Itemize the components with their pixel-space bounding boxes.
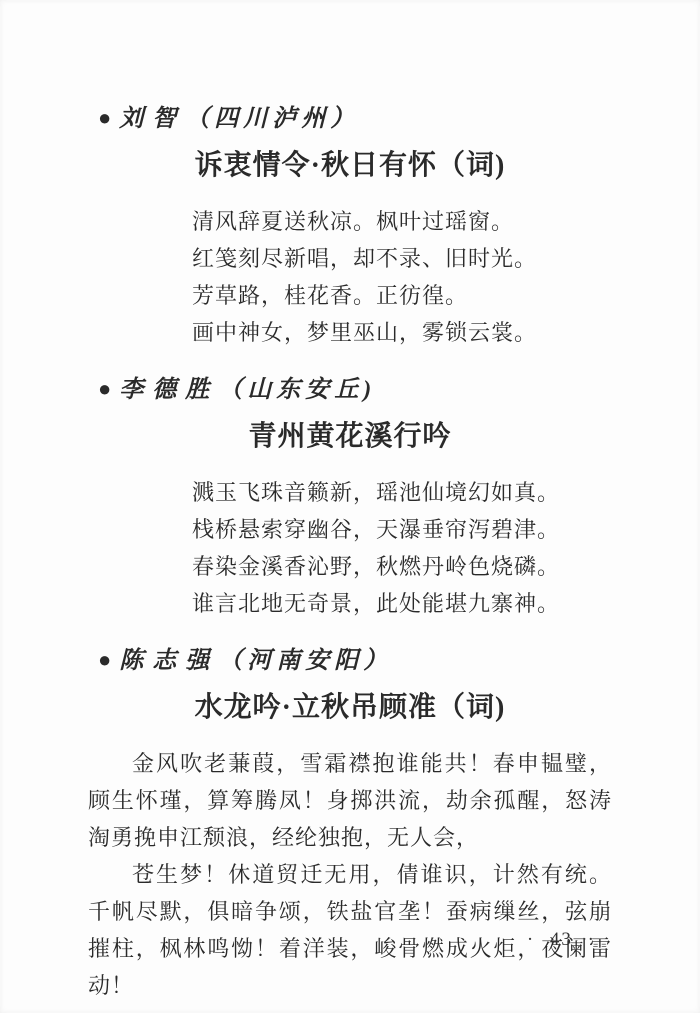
author-location: （山东安丘) [218, 377, 376, 403]
poem-title: 诉衷情令·秋日有怀（词) [88, 147, 612, 185]
verse-line: 画中神女，梦里巫山，雾锁云裳。 [192, 314, 612, 351]
author-line: ●陈志强（河南安阳） [98, 644, 612, 677]
author-name: 李德胜 [119, 377, 218, 403]
author-line: ●刘智（四川泸州） [98, 102, 612, 135]
poem-body: 清风辞夏送秋凉。枫叶过瑶窗。 红笺刻尽新唱，却不录、旧时光。 芳草路，桂花香。正… [192, 203, 612, 351]
poem-body: 溅玉飞珠音籁新，瑶池仙境幻如真。 栈桥悬索穿幽谷，天瀑垂帘泻碧津。 春染金溪香沁… [192, 474, 612, 622]
poem-section-1: ●刘智（四川泸州） 诉衷情令·秋日有怀（词) 清风辞夏送秋凉。枫叶过瑶窗。 红笺… [88, 102, 612, 351]
poem-body: 金风吹老蒹葭，雪霜襟抱谁能共！春申韫璧，顾生怀瑾，算筹腾凤！身掷洪流，劫余孤醒，… [88, 745, 612, 1004]
prose-paragraph: 金风吹老蒹葭，雪霜襟抱谁能共！春申韫璧，顾生怀瑾，算筹腾凤！身掷洪流，劫余孤醒，… [88, 745, 612, 856]
author-name: 刘智 [119, 106, 185, 132]
book-page: ●刘智（四川泸州） 诉衷情令·秋日有怀（词) 清风辞夏送秋凉。枫叶过瑶窗。 红笺… [0, 0, 700, 1013]
verse-line: 芳草路，桂花香。正彷徨。 [192, 277, 612, 314]
verse-line: 清风辞夏送秋凉。枫叶过瑶窗。 [192, 203, 612, 240]
author-location: （四川泸州） [185, 106, 359, 132]
poem-title: 水龙吟·立秋吊顾准（词) [88, 689, 612, 727]
author-line: ●李德胜（山东安丘) [98, 373, 612, 406]
author-name: 陈志强 [119, 648, 218, 674]
bullet-icon: ● [98, 376, 111, 401]
verse-line: 红笺刻尽新唱，却不录、旧时光。 [192, 240, 612, 277]
verse-line: 栈桥悬索穿幽谷，天瀑垂帘泻碧津。 [192, 511, 612, 548]
poem-section-2: ●李德胜（山东安丘) 青州黄花溪行吟 溅玉飞珠音籁新，瑶池仙境幻如真。 栈桥悬索… [88, 373, 612, 622]
bullet-icon: ● [98, 647, 111, 672]
verse-line: 溅玉飞珠音籁新，瑶池仙境幻如真。 [192, 474, 612, 511]
verse-line: 谁言北地无奇景，此处能堪九寨神。 [192, 585, 612, 622]
author-location: （河南安阳） [218, 648, 392, 674]
poem-title: 青州黄花溪行吟 [88, 418, 612, 456]
bullet-icon: ● [98, 105, 111, 130]
verse-line: 春染金溪香沁野，秋燃丹岭色烧磷。 [192, 548, 612, 585]
page-number: · 43 · [527, 929, 596, 951]
